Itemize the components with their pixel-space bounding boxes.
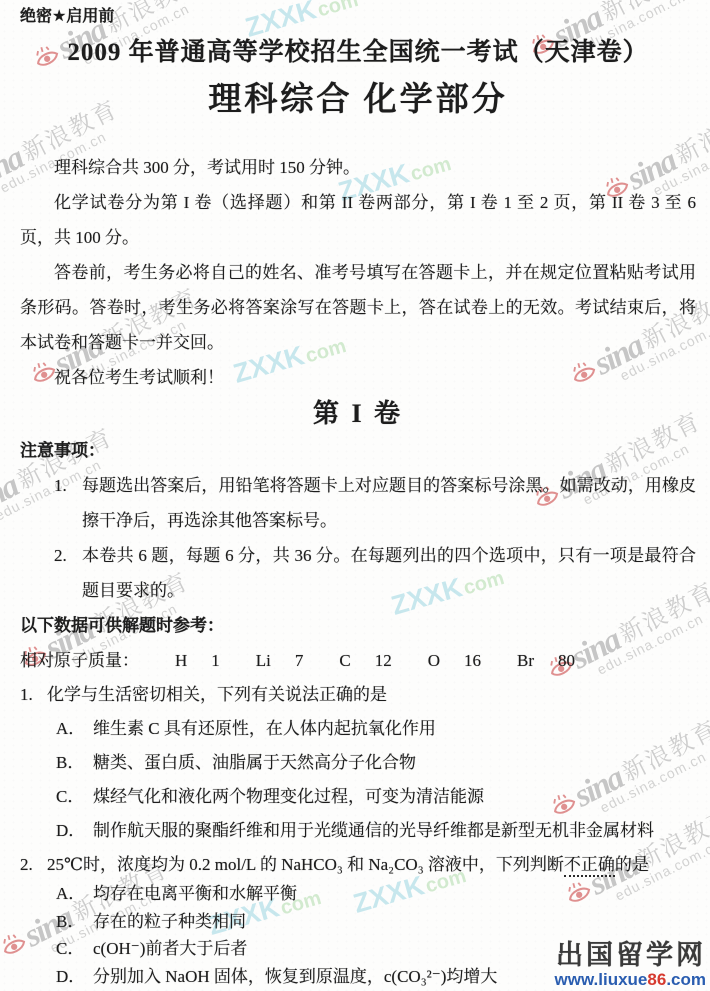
intro-duration-line: 理科综合共 300 分，考试用时 150 分钟。 — [20, 150, 696, 185]
question-1-option-a: A． 维生素 C 具有还原性，在人体内起抗氧化作用 — [56, 712, 696, 746]
option-label: A． — [56, 712, 93, 746]
part1-heading: 第 I 卷 — [20, 397, 696, 431]
question-1-option-b: B． 糖类、蛋白质、油脂属于天然高分子化合物 — [56, 746, 696, 780]
intro-answer-sheet-line: 答卷前，考生务必将自己的姓名、准考号填写在答题卡上，并在规定位置粘贴考试用条形码… — [20, 255, 696, 360]
question-1-option-c: C． 煤经气化和液化两个物理变化过程，可变为清洁能源 — [56, 780, 696, 814]
note-text: 本卷共 6 题，每题 6 分，共 36 分。在每题列出的四个选项中，只有一项是最… — [82, 538, 696, 608]
note-item-2: 2. 本卷共 6 题，每题 6 分，共 36 分。在每题列出的四个选项中，只有一… — [54, 538, 696, 608]
scanned-exam-page: sina新浪教育 edu.sina.com.cn sina新浪教育 edu.si… — [0, 0, 710, 991]
element-mass: 80 — [558, 651, 575, 670]
exam-subtitle: 理科综合 化学部分 — [20, 78, 696, 122]
option-label: B． — [56, 746, 93, 780]
atomic-mass-label: 相对原子质量： — [20, 651, 139, 670]
element-mass: 12 — [375, 651, 392, 670]
question-1-option-d: D． 制作航天服的聚酯纤维和用于光缆通信的光导纤维都是新型无机非金属材料 — [56, 814, 696, 848]
note-number: 1. — [54, 468, 82, 538]
element-symbol: Br — [517, 651, 534, 670]
element-mass: 7 — [295, 651, 304, 670]
option-label: A． — [56, 880, 93, 908]
question-2-stem: 2. 25℃时，浓度均为 0.2 mol/L 的 NaHCO₃ 和 Na₂CO₃… — [20, 850, 696, 880]
liuxue86-badge: 出国留学网 www.liuxue86.com — [549, 941, 707, 989]
question-stem-text: 25℃时，浓度均为 0.2 mol/L 的 NaHCO₃ 和 Na₂CO₃ 溶液… — [47, 850, 696, 880]
exam-content: 绝密★启用前 2009 年普通高等学校招生全国统一考试（天津卷） 理科综合 化学… — [0, 0, 710, 990]
atomic-mass-pair: C12 — [339, 651, 391, 670]
option-label: D． — [56, 963, 93, 991]
option-label: C． — [56, 780, 93, 814]
option-label: C． — [56, 935, 93, 963]
note-text: 每题选出答案后，用铅笔将答题卡上对应题目的答案标号涂黑。如需改动，用橡皮擦干净后… — [82, 468, 696, 538]
intro-wish-line: 祝各位考生考试顺利！ — [20, 360, 696, 395]
question-1: 1. 化学与生活密切相关，下列有关说法正确的是 A． 维生素 C 具有还原性，在… — [20, 678, 696, 848]
element-symbol: C — [339, 651, 350, 670]
question-2-option-a: A． 均存在电离平衡和水解平衡 — [56, 880, 696, 908]
element-symbol: Li — [256, 651, 271, 670]
liuxue86-site-name: 出国留学网 — [555, 941, 707, 970]
note-number: 2. — [54, 538, 82, 608]
option-label: B． — [56, 908, 93, 936]
atomic-mass-pair: H1 — [175, 651, 220, 670]
exam-title: 2009 年普通高等学校招生全国统一考试（天津卷） — [20, 36, 696, 70]
option-text: 煤经气化和液化两个物理变化过程，可变为清洁能源 — [93, 780, 696, 814]
question-1-stem: 1. 化学与生活密切相关，下列有关说法正确的是 — [20, 678, 696, 712]
atomic-mass-line: 相对原子质量：H1Li7C12O16Br80 — [20, 643, 696, 678]
option-text: 存在的粒子种类相同 — [93, 908, 696, 936]
question-2-option-b: B． 存在的粒子种类相同 — [56, 908, 696, 936]
option-label: D． — [56, 814, 93, 848]
atomic-mass-pair: O16 — [428, 651, 481, 670]
intro-structure-line: 化学试卷分为第 I 卷（选择题）和第 II 卷两部分，第 I 卷 1 至 2 页… — [20, 185, 696, 255]
note-item-1: 1. 每题选出答案后，用铅笔将答题卡上对应题目的答案标号涂黑。如需改动，用橡皮擦… — [54, 468, 696, 538]
question-number: 1. — [20, 678, 47, 712]
element-symbol: H — [175, 651, 187, 670]
option-text: 维生素 C 具有还原性，在人体内起抗氧化作用 — [93, 712, 696, 746]
element-mass: 1 — [211, 651, 220, 670]
option-text: 制作航天服的聚酯纤维和用于光缆通信的光导纤维都是新型无机非金属材料 — [93, 814, 696, 848]
classification-label: 绝密★启用前 — [20, 6, 696, 28]
question-stem-text: 化学与生活密切相关，下列有关说法正确的是 — [47, 678, 696, 712]
emphasized-text: 不正确 — [564, 855, 615, 877]
element-symbol: O — [428, 651, 440, 670]
option-text: 糖类、蛋白质、油脂属于天然高分子化合物 — [93, 746, 696, 780]
liuxue86-site-url: www.liuxue86.com — [555, 970, 707, 989]
element-mass: 16 — [464, 651, 481, 670]
option-text: 均存在电离平衡和水解平衡 — [93, 880, 696, 908]
atomic-mass-pair: Br80 — [517, 651, 575, 670]
atomic-mass-pair: Li7 — [256, 651, 304, 670]
question-number: 2. — [20, 850, 47, 880]
reference-data-title: 以下数据可供解题时参考： — [20, 608, 696, 643]
notes-title: 注意事项： — [20, 433, 696, 468]
exam-intro: 理科综合共 300 分，考试用时 150 分钟。 化学试卷分为第 I 卷（选择题… — [20, 150, 696, 395]
